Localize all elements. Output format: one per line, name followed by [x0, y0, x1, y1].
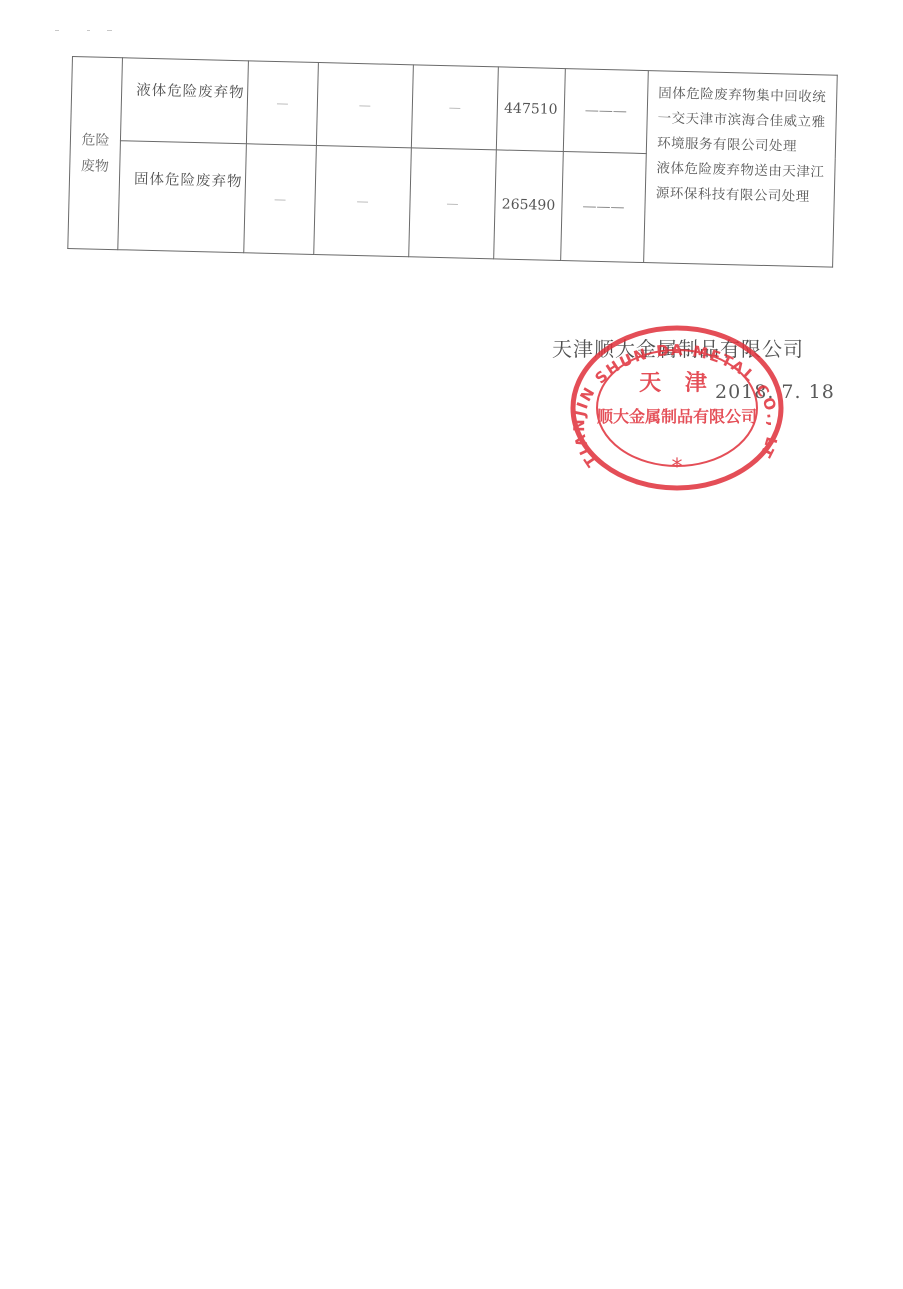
scan-noise: [55, 30, 115, 34]
amount-cell: 447510: [496, 67, 565, 152]
empty-dash-cell: —: [409, 148, 497, 259]
amount-cell: 265490: [494, 150, 564, 261]
disposal-note-cell: 固体危险废弃物集中回收统 一交天津市滨海合佳威立雅 环境服务有限公司处理 液体危…: [644, 71, 838, 268]
long-dash-cell: ———: [561, 152, 647, 263]
category-line-2: 废物: [70, 152, 120, 179]
seal-top-text: 天 津: [639, 371, 715, 396]
category-cell: 危险 废物: [68, 57, 123, 250]
seal-outer-text: TIANJIN SHUN DA METAL CO., LTD: [568, 322, 782, 470]
waste-name-cell: 液体危险废弃物: [120, 58, 248, 144]
waste-name-cell: 固体危险废弃物: [118, 141, 247, 253]
empty-dash-cell: —: [314, 145, 412, 256]
company-seal-stamp: TIANJIN SHUN DA METAL CO., LTD 天 津 顺大金属制…: [568, 322, 786, 494]
empty-dash-cell: —: [244, 144, 317, 255]
hazardous-waste-table-container: 危险 废物 液体危险废弃物 — — — 447510 ——— 固体危险废弃物集中…: [67, 56, 836, 268]
note-line: 源环保科技有限公司处理: [656, 181, 827, 210]
empty-dash-cell: —: [411, 65, 498, 150]
category-line-1: 危险: [71, 127, 121, 154]
empty-dash-cell: —: [316, 63, 413, 148]
hazardous-waste-table: 危险 废物 液体危险废弃物 — — — 447510 ——— 固体危险废弃物集中…: [67, 56, 837, 268]
empty-dash-cell: —: [246, 61, 318, 146]
long-dash-cell: ———: [563, 69, 648, 154]
seal-middle-text: 顺大金属制品有限公司: [597, 407, 757, 426]
seal-star-icon: *: [672, 455, 683, 480]
